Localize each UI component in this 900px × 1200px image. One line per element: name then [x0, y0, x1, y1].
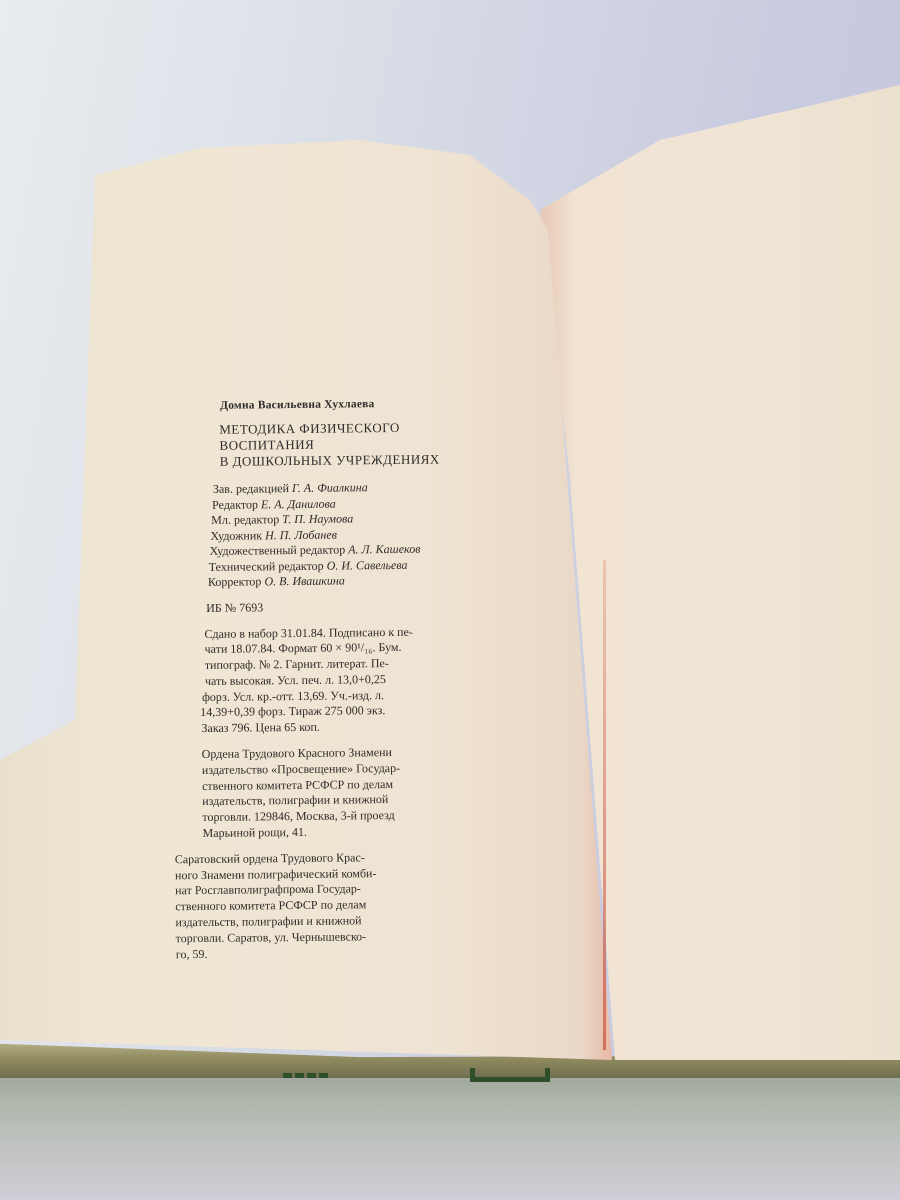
text-line: Марьиной рощи, 41. [202, 823, 470, 842]
credit-name: А. Л. Кашеков [348, 542, 420, 557]
credit-role: Редактор [212, 497, 258, 511]
print-details: Сдано в набор 31.01.84. Подписано к пе- … [204, 624, 473, 737]
book-title: МЕТОДИКА ФИЗИЧЕСКОГО ВОСПИТАНИЯ В ДОШКОЛ… [219, 419, 500, 470]
credit-role: Художественный редактор [210, 542, 346, 557]
cover-ornament-dashes [283, 1073, 328, 1078]
credit-line: Корректор О. В. Ивашкина [208, 572, 502, 591]
credit-name: Н. П. Лобанев [265, 527, 337, 542]
credit-role: Мл. редактор [211, 512, 279, 527]
credit-role: Корректор [208, 574, 262, 589]
printer-info: Саратовский ордена Трудового Крас- ного … [175, 849, 444, 962]
text-line: го, 59. [176, 944, 444, 963]
publisher-info: Ордена Трудового Красного Знамени издате… [202, 744, 471, 842]
text-line: Заказ 796. Цена 65 коп. [201, 718, 473, 737]
colophon-text: Домна Васильевна Хухлаева МЕТОДИКА ФИЗИЧ… [200, 397, 506, 963]
credit-name: Е. А. Данилова [261, 496, 336, 511]
cover-ornament-mark [470, 1068, 550, 1082]
credit-name: Т. П. Наумова [282, 511, 353, 526]
credit-role: Художник [210, 528, 262, 543]
ib-number: ИБ № 7693 [206, 597, 502, 615]
table-surface [0, 1065, 900, 1200]
credit-role: Технический редактор [209, 558, 324, 573]
credit-name: Г. А. Фиалкина [292, 480, 368, 495]
credit-role: Зав. редакцией [213, 481, 289, 496]
credit-name: О. В. Ивашкина [264, 573, 345, 588]
credits-list: Зав. редакцией Г. А. Фиалкина Редактор Е… [213, 479, 502, 591]
author-name: Домна Васильевна Хухлаева [220, 397, 500, 412]
title-line: В ДОШКОЛЬНЫХ УЧРЕЖДЕНИЯХ [220, 451, 501, 470]
page-edge-shadow [603, 560, 606, 1050]
credit-name: О. И. Савельева [327, 557, 408, 572]
